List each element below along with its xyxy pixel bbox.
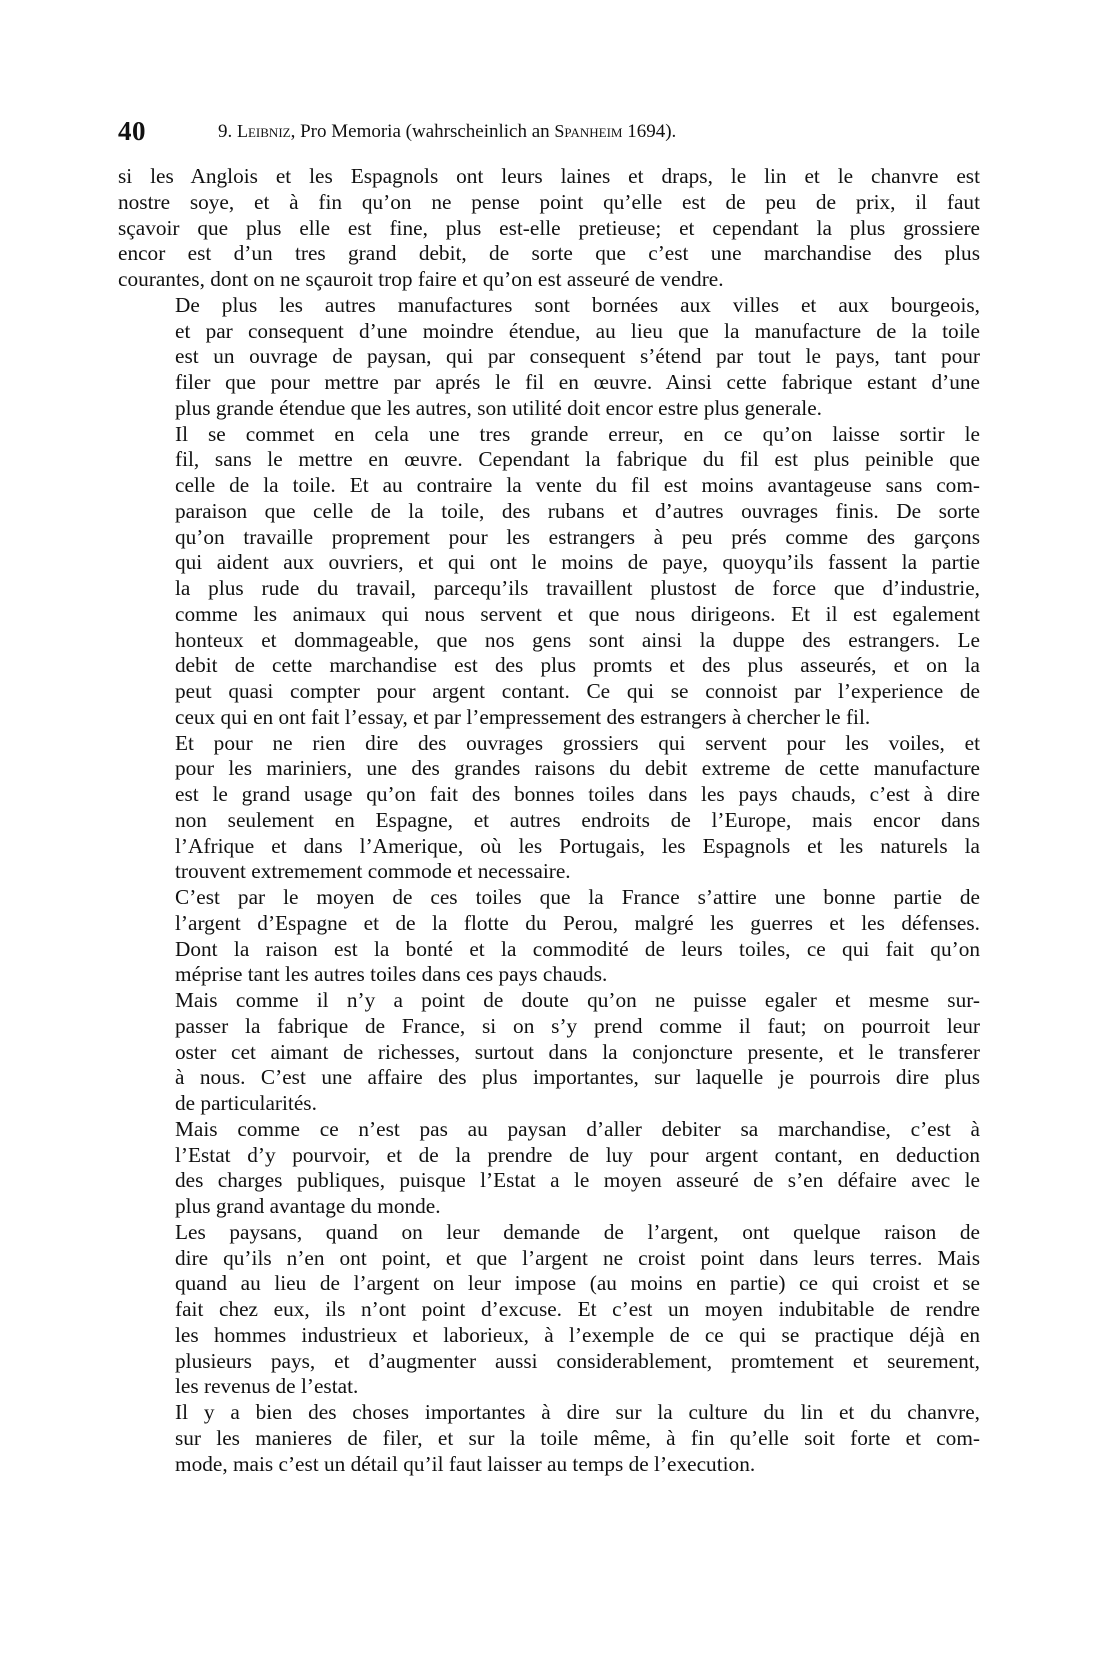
text-line: qu’on travaille proprement pour les estr… [118,525,980,551]
text-line: à nous. C’est une affaire des plus impor… [118,1065,980,1091]
text-line: si les Anglois et les Espagnols ont leur… [118,164,980,190]
text-line: Et pour ne rien dire des ouvrages grossi… [118,731,980,757]
text-line: paraison que celle de la toile, des ruba… [118,499,980,525]
text-line: Dont la raison est la bonté et la commod… [118,937,980,963]
text-line: sur les manieres de filer, et sur la toi… [118,1426,980,1452]
paragraph: Il se commet en cela une tres grande err… [118,422,980,731]
document-page: 40 9. Leibniz, Pro Memoria (wahrscheinli… [118,112,980,1477]
text-line: Il se commet en cela une tres grande err… [118,422,980,448]
text-line: courantes, dont on ne sçauroit trop fair… [118,267,980,293]
text-line: De plus les autres manufactures sont bor… [118,293,980,319]
text-line: fil, sans le mettre en œuvre. Cependant … [118,447,980,473]
text-line: nostre soye, et à fin qu’on ne pense poi… [118,190,980,216]
text-line: filer que pour mettre par aprés le fil e… [118,370,980,396]
text-line: passer la fabrique de France, si on s’y … [118,1014,980,1040]
text-line: encor est d’un tres grand debit, de sort… [118,241,980,267]
text-line: la plus rude du travail, parcequ’ils tra… [118,576,980,602]
author-name: Leibniz [237,121,291,141]
text-line: les revenus de l’estat. [118,1374,980,1400]
text-line: et par consequent d’une moindre étendue,… [118,319,980,345]
text-line: l’argent d’Espagne et de la flotte du Pe… [118,911,980,937]
text-line: est le grand usage qu’on fait des bonnes… [118,782,980,808]
text-line: trouvent extremement commode et necessai… [118,859,980,885]
text-line: ceux qui en ont fait l’essay, et par l’e… [118,705,980,731]
text-line: Mais comme ce n’est pas au paysan d’alle… [118,1117,980,1143]
paragraph: Mais comme ce n’est pas au paysan d’alle… [118,1117,980,1220]
text-line: C’est par le moyen de ces toiles que la … [118,885,980,911]
text-line: pour les mariniers, une des grandes rais… [118,756,980,782]
paragraph: Et pour ne rien dire des ouvrages grossi… [118,731,980,886]
title-middle: , Pro Memoria (wahrscheinlich an [291,121,555,142]
recipient-name: Spanheim [554,121,622,141]
text-line: oster cet aimant de richesses, surtout d… [118,1040,980,1066]
text-line: peut quasi compter pour argent contant. … [118,679,980,705]
text-line: de particularités. [118,1091,980,1117]
text-line: Mais comme il n’y a point de doute qu’on… [118,988,980,1014]
text-line: plus grand avantage du monde. [118,1194,980,1220]
paragraph: si les Anglois et les Espagnols ont leur… [118,164,980,293]
text-line: mode, mais c’est un détail qu’il faut la… [118,1452,980,1478]
paragraph: Mais comme il n’y a point de doute qu’on… [118,988,980,1117]
text-line: l’Afrique et dans l’Amerique, où les Por… [118,834,980,860]
text-line: non seulement en Espagne, et autres endr… [118,808,980,834]
text-line: quand au lieu de l’argent on leur impose… [118,1271,980,1297]
body-text: si les Anglois et les Espagnols ont leur… [118,164,980,1477]
text-line: honteux et dommageable, que nos gens son… [118,628,980,654]
text-line: comme les animaux qui nous servent et qu… [118,602,980,628]
text-line: plusieurs pays, et d’augmenter aussi con… [118,1349,980,1375]
text-line: les hommes industrieux et laborieux, à l… [118,1323,980,1349]
text-line: fait chez eux, ils n’ont point d’excuse.… [118,1297,980,1323]
text-line: Il y a bien des choses importantes à dir… [118,1400,980,1426]
text-line: Les paysans, quand on leur demande de l’… [118,1220,980,1246]
text-line: des charges publiques, puisque l’Estat a… [118,1168,980,1194]
title-prefix: 9. [218,121,237,142]
text-line: sçavoir que plus elle est fine, plus est… [118,216,980,242]
text-line: qui aident aux ouvriers, et qui ont le m… [118,550,980,576]
text-line: debit de cette marchandise est des plus … [118,653,980,679]
text-line: l’Estat d’y pourvoir, et de la prendre d… [118,1143,980,1169]
text-line: plus grande étendue que les autres, son … [118,396,980,422]
paragraph: Les paysans, quand on leur demande de l’… [118,1220,980,1400]
paragraph: Il y a bien des choses importantes à dir… [118,1400,980,1477]
text-line: méprise tant les autres toiles dans ces … [118,962,980,988]
text-line: celle de la toile. Et au contraire la ve… [118,473,980,499]
paragraph: De plus les autres manufactures sont bor… [118,293,980,422]
running-header: 40 9. Leibniz, Pro Memoria (wahrscheinli… [118,112,980,164]
running-title: 9. Leibniz, Pro Memoria (wahrscheinlich … [218,121,676,143]
page-number: 40 [118,116,146,147]
paragraph: C’est par le moyen de ces toiles que la … [118,885,980,988]
text-line: dire qu’ils n’en ont point, et que l’arg… [118,1246,980,1272]
text-line: est un ouvrage de paysan, qui par conseq… [118,344,980,370]
title-suffix: 1694). [622,121,676,142]
